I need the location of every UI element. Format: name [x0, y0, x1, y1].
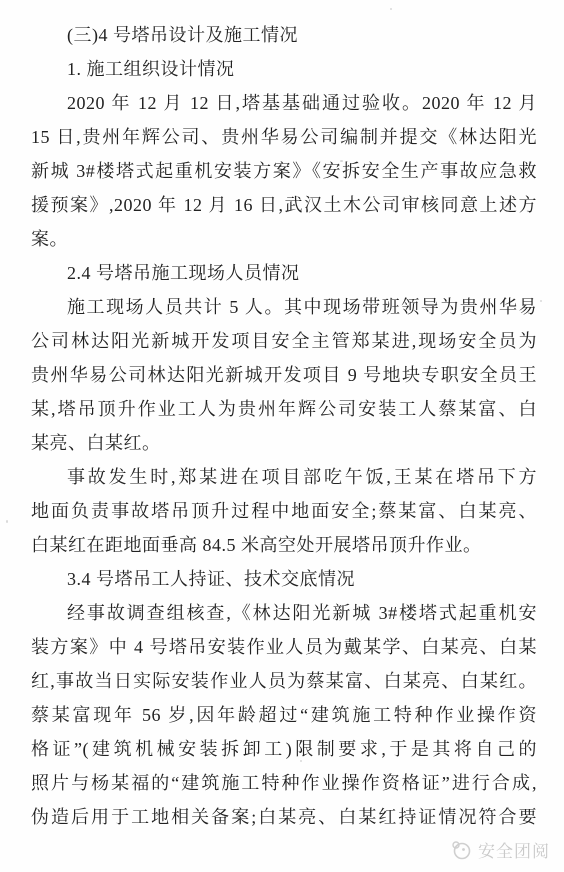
text-line: 某亮、白某红。 [31, 426, 537, 460]
scan-speckle [390, 8, 392, 10]
scan-speckle [340, 160, 343, 162]
scan-speckle [520, 640, 522, 642]
watermark-logo-icon [450, 839, 472, 861]
watermark-label: 安全团阅 [478, 837, 550, 862]
text-line: 1. 施工组织设计情况 [31, 52, 537, 86]
text-line: 2020 年 12 月 12 日,塔基基础通过验收。2020 年 12 月 [31, 86, 537, 120]
watermark: 安全团阅 [450, 837, 550, 862]
text-line: 经事故调查组核查,《林达阳光新城 3#楼塔式起重机安 [31, 596, 537, 630]
document-page: (三)4 号塔吊设计及施工情况1. 施工组织设计情况2020 年 12 月 12… [0, 0, 564, 872]
text-line: 案。 [31, 222, 537, 256]
text-line: 红,事故当日实际安装作业人员为蔡某富、白某亮、白某红。 [31, 664, 537, 698]
text-line: 白某红在距地面垂高 84.5 米高空处开展塔吊顶升作业。 [31, 528, 537, 562]
text-line: 地面负责事故塔吊顶升过程中地面安全;蔡某富、白某亮、 [31, 494, 537, 528]
text-line: 照片与杨某福的“建筑施工特种作业操作资格证”进行合成, [31, 766, 537, 800]
text-line: 2.4 号塔吊施工现场人员情况 [31, 256, 537, 290]
scan-speckle [540, 300, 542, 302]
text-line: 3.4 号塔吊工人持证、技术交底情况 [31, 562, 537, 596]
text-line: 援预案》,2020 年 12 月 16 日,武汉土木公司审核同意上述方 [31, 188, 537, 222]
text-line: 蔡某富现年 56 岁,因年龄超过“建筑施工特种作业操作资 [31, 698, 537, 732]
text-line: (三)4 号塔吊设计及施工情况 [31, 18, 537, 52]
text-line: 公司林达阳光新城开发项目安全主管郑某进,现场安全员为 [31, 324, 537, 358]
scan-speckle [6, 520, 8, 523]
text-line: 装方案》中 4 号塔吊安装作业人员为戴某学、白某亮、白某 [31, 630, 537, 664]
text-line: 格证”(建筑机械安装拆卸工)限制要求,于是其将自己的 [31, 732, 537, 766]
text-line: 事故发生时,郑某进在项目部吃午饭,王某在塔吊下方 [31, 460, 537, 494]
text-line: 新城 3#楼塔式起重机安装方案》《安拆安全生产事故应急救 [31, 154, 537, 188]
document-body: (三)4 号塔吊设计及施工情况1. 施工组织设计情况2020 年 12 月 12… [31, 18, 537, 834]
text-line: 施工现场人员共计 5 人。其中现场带班领导为贵州华易 [31, 290, 537, 324]
text-line: 贵州华易公司林达阳光新城开发项目 9 号地块专职安全员王 [31, 358, 537, 392]
scan-speckle [300, 760, 302, 762]
text-line: 伪造后用于工地相关备案;白某亮、白某红持证情况符合要 [31, 800, 537, 834]
text-line: 15 日,贵州年辉公司、贵州华易公司编制并提交《林达阳光 [31, 120, 537, 154]
text-line: 某,塔吊顶升作业工人为贵州年辉公司安装工人蔡某富、白 [31, 392, 537, 426]
